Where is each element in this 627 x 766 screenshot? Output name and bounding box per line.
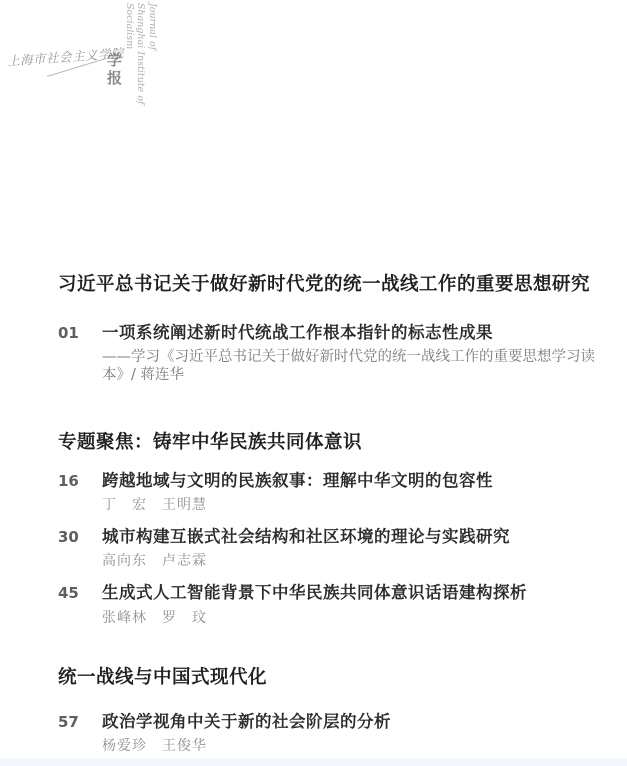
journal-masthead-en-line2: Shanghai Institute of xyxy=(135,3,147,121)
footer-strip xyxy=(0,758,627,766)
journal-logo: 上海市社会主义学院 学报 Journal of Shanghai Institu… xyxy=(0,0,220,140)
entry-title: 一项系统阐述新时代统战工作根本指针的标志性成果 xyxy=(102,322,493,344)
entry-subtitle: ——学习《习近平总书记关于做好新时代党的统一战线工作的重要思想学习读本》/ 蒋连… xyxy=(102,348,603,384)
entry-authors: 张峰林 罗 玟 xyxy=(102,609,603,627)
entry-authors: 丁 宏 王明慧 xyxy=(102,496,603,514)
journal-name-calligraphy: 上海市社会主义学院 xyxy=(6,44,109,69)
entry-title: 跨越地域与文明的民族叙事：理解中华文明的包容性 xyxy=(102,470,493,492)
toc-entry: 16 跨越地域与文明的民族叙事：理解中华文明的包容性 xyxy=(58,470,603,492)
toc-entry: 01 一项系统阐述新时代统战工作根本指针的标志性成果 xyxy=(58,322,603,344)
section-heading-3: 统一战线与中国式现代化 xyxy=(58,665,603,689)
toc-content: 习近平总书记关于做好新时代党的统一战线工作的重要思想研究 01 一项系统阐述新时… xyxy=(58,272,603,755)
entry-authors: 高向东 卢志霖 xyxy=(102,552,603,570)
entry-page-number: 01 xyxy=(58,324,102,342)
entry-title: 生成式人工智能背景下中华民族共同体意识话语建构探析 xyxy=(102,582,527,604)
entry-page-number: 57 xyxy=(58,713,102,731)
toc-entry: 45 生成式人工智能背景下中华民族共同体意识话语建构探析 xyxy=(58,582,603,604)
journal-masthead-en: Journal of Shanghai Institute of Sociali… xyxy=(124,3,159,121)
entry-page-number: 45 xyxy=(58,584,102,602)
section-heading-1: 习近平总书记关于做好新时代党的统一战线工作的重要思想研究 xyxy=(58,272,603,296)
entry-title: 政治学视角中关于新的社会阶层的分析 xyxy=(102,711,391,733)
entry-page-number: 30 xyxy=(58,528,102,546)
journal-masthead-en-line1: Journal of xyxy=(147,3,159,121)
journal-masthead-en-line3: Socialism xyxy=(124,3,136,121)
journal-masthead-cn: 学报 xyxy=(104,52,125,88)
toc-entry: 30 城市构建互嵌式社会结构和社区环境的理论与实践研究 xyxy=(58,526,603,548)
entry-title: 城市构建互嵌式社会结构和社区环境的理论与实践研究 xyxy=(102,526,510,548)
entry-authors: 杨爱珍 王俊华 xyxy=(102,737,603,755)
entry-page-number: 16 xyxy=(58,472,102,490)
section-heading-2: 专题聚焦：铸牢中华民族共同体意识 xyxy=(58,430,603,454)
toc-page: 上海市社会主义学院 学报 Journal of Shanghai Institu… xyxy=(0,0,627,766)
toc-entry: 57 政治学视角中关于新的社会阶层的分析 xyxy=(58,711,603,733)
